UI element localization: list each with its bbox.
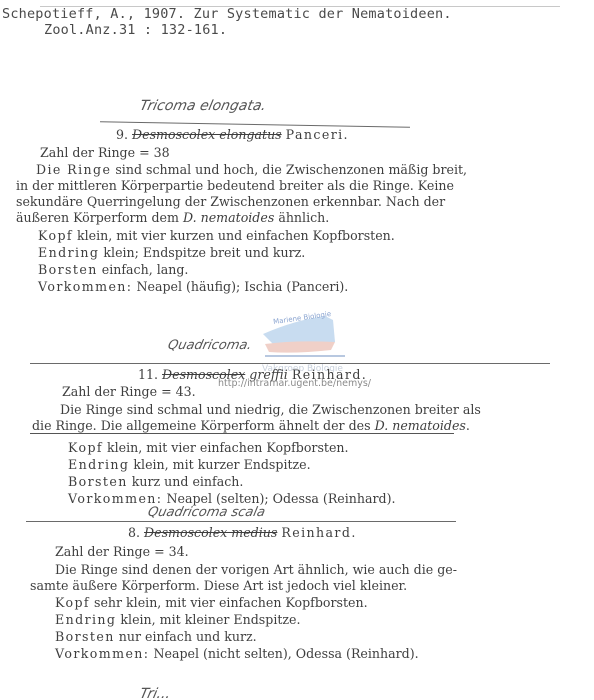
- section-rule: [26, 521, 456, 522]
- description-text: ähnlich.: [278, 210, 329, 225]
- trait-text: Neapel (häufig); Ischia (Panceri).: [136, 279, 348, 294]
- trait-text: klein, mit kleiner Endspitze.: [120, 612, 300, 627]
- trait-label: Kopf: [68, 440, 103, 455]
- trait-endring: Endring klein, mit kurzer Endspitze.: [68, 457, 311, 472]
- trait-label: Borsten: [55, 629, 115, 644]
- description-text: die Ringe. Die allgemeine Körperform ähn…: [32, 418, 371, 433]
- trait-borsten: Borsten nur einfach und kurz.: [55, 629, 257, 644]
- trait-label: Kopf: [55, 595, 90, 610]
- species-author: Panceri.: [286, 127, 349, 142]
- description-text: .: [466, 418, 470, 433]
- trait-borsten: Borsten einfach, lang.: [38, 262, 188, 277]
- trait-label: Vorkommen:: [55, 646, 149, 661]
- citation-line-2: Zool.Anz.31 : 132-161.: [44, 22, 227, 38]
- description-line: Die Ringe sind schmal und niedrig, die Z…: [60, 402, 481, 417]
- trait-label: Vorkommen:: [68, 491, 162, 506]
- description-line: in der mittleren Körperpartie bedeutend …: [16, 178, 454, 193]
- ring-count: Zahl der Ringe = 38: [40, 145, 170, 160]
- trait-text: Neapel (selten); Odessa (Reinhard).: [166, 491, 395, 506]
- ring-count: Zahl der Ringe = 43.: [62, 384, 196, 399]
- trait-kopf: Kopf klein, mit vier kurzen und einfache…: [38, 228, 395, 243]
- section-rule: [30, 363, 550, 364]
- watermark-logo: Mariene Biologie: [255, 312, 355, 362]
- trait-label: Borsten: [68, 474, 128, 489]
- trait-vorkommen: Vorkommen: Neapel (selten); Odessa (Rein…: [68, 491, 396, 506]
- trait-kopf: Kopf klein, mit vier einfachen Kopfborst…: [68, 440, 349, 455]
- trait-vorkommen: Vorkommen: Neapel (häufig); Ischia (Panc…: [38, 279, 348, 294]
- handwritten-annotation-quadricoma: Quadricoma.: [166, 338, 253, 353]
- underline-rule: [30, 433, 454, 434]
- trait-label: Endring: [68, 457, 129, 472]
- trait-kopf: Kopf sehr klein, mit vier einfachen Kopf…: [55, 595, 368, 610]
- trait-endring: Endring klein; Endspitze breit und kurz.: [38, 245, 305, 260]
- trait-text: klein, mit vier kurzen und einfachen Kop…: [77, 228, 395, 243]
- trait-text: kurz und einfach.: [132, 474, 244, 489]
- species-reference: D. nematoides: [183, 210, 274, 225]
- species-number: 8.: [128, 525, 140, 540]
- struck-species-name: Desmoscolex elongatus: [132, 127, 282, 142]
- description-line: samte äußere Körperform. Diese Art ist j…: [30, 578, 407, 593]
- description-line: die Ringe. Die allgemeine Körperform ähn…: [32, 418, 470, 433]
- trait-text: klein; Endspitze breit und kurz.: [103, 245, 305, 260]
- struck-species-name: Desmoscolex medius: [144, 525, 277, 540]
- description-line: äußeren Körperform dem D. nematoides ähn…: [16, 210, 329, 225]
- description-line: Die Ringe Die Ringe sind schmal und hoch…: [36, 162, 467, 177]
- trait-label: Borsten: [38, 262, 98, 277]
- citation-line-1: Schepotieff, A., 1907. Zur Systematic de…: [2, 6, 452, 22]
- trait-text: nur einfach und kurz.: [119, 629, 257, 644]
- trait-text: einfach, lang.: [102, 262, 189, 277]
- description-line: Die Ringe sind denen der vorigen Art ähn…: [55, 562, 457, 577]
- trait-label: Kopf: [38, 228, 73, 243]
- trait-vorkommen: Vorkommen: Neapel (nicht selten), Odessa…: [55, 646, 419, 661]
- watermark-url: http://intramar.ugent.be/nemys/: [218, 378, 371, 389]
- handwritten-annotation-quadricoma-scala: Quadricoma scala: [146, 505, 266, 520]
- species-heading-8: 8. Desmoscolex medius Reinhard.: [128, 525, 357, 540]
- species-heading-9: 9. Desmoscolex elongatus Panceri.: [116, 127, 349, 142]
- trait-label: Endring: [38, 245, 99, 260]
- trait-label: Vorkommen:: [38, 279, 132, 294]
- trait-text: klein, mit kurzer Endspitze.: [133, 457, 310, 472]
- description-line: sekundäre Querringelung der Zwischenzone…: [16, 194, 445, 209]
- species-reference: D. nematoides: [375, 418, 466, 433]
- trait-endring: Endring klein, mit kleiner Endspitze.: [55, 612, 301, 627]
- trait-text: klein, mit vier einfachen Kopfborsten.: [107, 440, 349, 455]
- trait-text: Neapel (nicht selten), Odessa (Reinhard)…: [153, 646, 418, 661]
- species-number: 9.: [116, 127, 128, 142]
- species-number: 11.: [138, 367, 158, 382]
- species-author: Reinhard.: [281, 525, 356, 540]
- trait-text: sehr klein, mit vier einfachen Kopfborst…: [94, 595, 368, 610]
- description-text: äußeren Körperform dem: [16, 210, 179, 225]
- handwritten-annotation-footer: Tri...: [138, 686, 172, 700]
- ring-count: Zahl der Ringe = 34.: [55, 544, 189, 559]
- handwritten-annotation-tricoma-elongata: Tricoma elongata.: [138, 98, 267, 114]
- trait-borsten: Borsten kurz und einfach.: [68, 474, 243, 489]
- trait-label: Endring: [55, 612, 116, 627]
